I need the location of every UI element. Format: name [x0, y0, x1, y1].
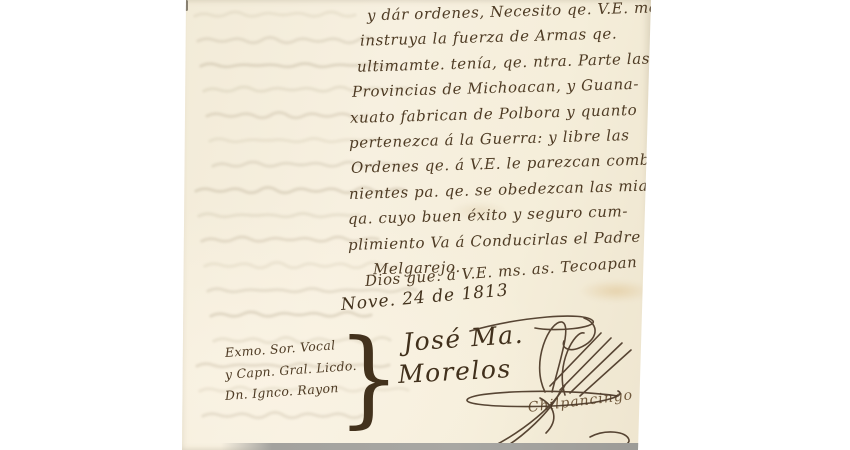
letter-body: y dár ordenes, Necesito qe. V.E. me inst… — [347, 4, 667, 283]
scanned-manuscript-photo: { "colors": { "background": "#ffffff", "… — [0, 0, 850, 450]
photo-bottom-edge-shadow — [221, 443, 645, 450]
manuscript-page: y dár ordenes, Necesito qe. V.E. me inst… — [181, 0, 651, 450]
place-annotation: Chilpancingo — [527, 387, 634, 416]
signature-morelos: Morelos — [397, 354, 512, 389]
signature-jose-maria: José Ma. — [402, 320, 525, 357]
paper-edge-mark — [185, 0, 188, 11]
addressee-block: Exmo. Sor. Vocal y Capn. Gral. Licdo. Dn… — [225, 342, 355, 407]
addressee-brace: } — [337, 330, 401, 427]
